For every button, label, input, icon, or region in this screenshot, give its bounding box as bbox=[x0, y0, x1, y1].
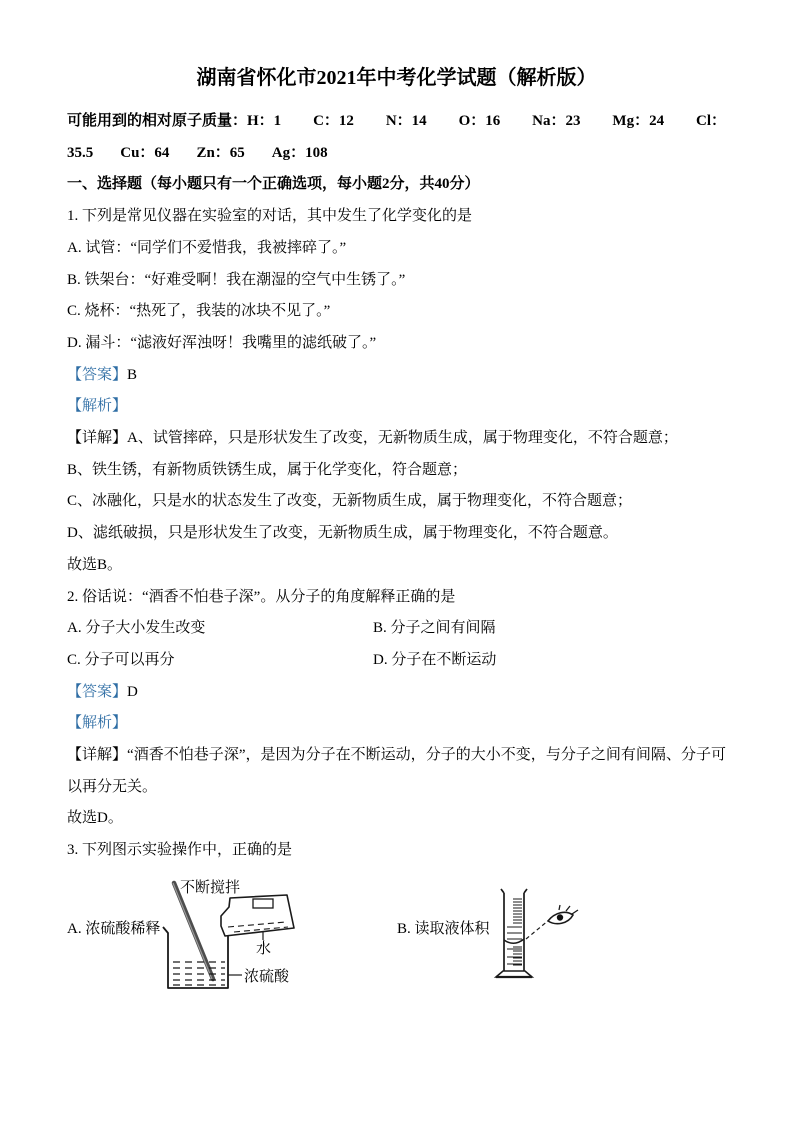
q1-detail-1: 【详解】A、试管摔碎，只是形状发生了改变，无新物质生成，属于物理变化，不符合题意… bbox=[67, 423, 726, 455]
q3-diagrams: A. 浓硫酸稀释 B. 读取液体积 bbox=[67, 869, 726, 1024]
q1-option-b: B. 铁架台：“好难受啊！我在潮湿的空气中生锈了。” bbox=[67, 265, 726, 297]
masses-segment: Cl： bbox=[696, 106, 726, 138]
analysis-label: 【解析】 bbox=[67, 715, 127, 731]
masses-segment: Ag：108 bbox=[272, 138, 328, 170]
sight-line bbox=[526, 920, 549, 939]
masses-segment: N：14 bbox=[386, 106, 427, 138]
acid-label: 浓硫酸 bbox=[244, 968, 290, 985]
q2-option-row-1: A. 分子大小发生改变 B. 分子之间有间隔 bbox=[67, 613, 726, 645]
answer-label: 【答案】 bbox=[67, 684, 127, 700]
q2-option-d: D. 分子在不断运动 bbox=[373, 645, 496, 677]
masses-segment: Zn：65 bbox=[196, 138, 244, 170]
cylinder-ticks bbox=[513, 899, 522, 965]
q2-option-c: C. 分子可以再分 bbox=[67, 645, 373, 677]
document-content: 湖南省怀化市2021年中考化学试题（解析版） 可能用到的相对原子质量：H：1 C… bbox=[0, 0, 793, 1024]
experiment-diagrams-svg: 不断搅拌 水 浓硫酸 bbox=[67, 869, 726, 1024]
atomic-masses-line1: 可能用到的相对原子质量：H：1 C：12 N：14 O：16 Na：23 Mg：… bbox=[67, 106, 726, 138]
bottle-cap bbox=[253, 899, 273, 908]
glass-rod-icon bbox=[174, 883, 213, 979]
q2-option-row-2: C. 分子可以再分 D. 分子在不断运动 bbox=[67, 645, 726, 677]
stir-label: 不断搅拌 bbox=[180, 879, 240, 896]
document-page: 湖南省怀化市2021年中考化学试题（解析版） 可能用到的相对原子质量：H：1 C… bbox=[0, 0, 793, 1122]
section-heading: 一、选择题（每小题只有一个正确选项，每小题2分，共40分） bbox=[67, 169, 726, 201]
q2-option-a: A. 分子大小发生改变 bbox=[67, 613, 373, 645]
q1-detail-4: D、滤纸破损，只是形状发生了改变，无新物质生成，属于物理变化，不符合题意。 bbox=[67, 518, 726, 550]
masses-segment: 35.5 bbox=[67, 138, 93, 170]
q3-stem: 3. 下列图示实验操作中，正确的是 bbox=[67, 835, 726, 867]
analysis-label: 【解析】 bbox=[67, 398, 127, 414]
q1-detail-2: B、铁生锈，有新物质铁锈生成，属于化学变化，符合题意； bbox=[67, 455, 726, 487]
page-title: 湖南省怀化市2021年中考化学试题（解析版） bbox=[67, 64, 726, 92]
masses-segment: Na：23 bbox=[532, 106, 580, 138]
q2-stem: 2. 俗话说：“酒香不怕巷子深”。从分子的角度解释正确的是 bbox=[67, 582, 726, 614]
eye-icon bbox=[548, 905, 578, 924]
q1-detail-3: C、冰融化，只是水的状态发生了改变，无新物质生成，属于物理变化，不符合题意； bbox=[67, 486, 726, 518]
q2-answer-value: D bbox=[127, 684, 138, 700]
acid-liquid bbox=[173, 962, 225, 985]
masses-segment: Cu：64 bbox=[120, 138, 169, 170]
dilution-diagram: 不断搅拌 水 浓硫酸 bbox=[163, 879, 294, 988]
masses-segment: O：16 bbox=[459, 106, 501, 138]
q1-answer-line: 【答案】B bbox=[67, 360, 726, 392]
q2-answer-line: 【答案】D bbox=[67, 677, 726, 709]
liquid-meniscus bbox=[504, 939, 524, 943]
q2-analysis-line: 【解析】 bbox=[67, 708, 726, 740]
q1-stem: 1. 下列是常见仪器在实验室的对话，其中发生了化学变化的是 bbox=[67, 201, 726, 233]
masses-segment: Mg：24 bbox=[612, 106, 664, 138]
q1-option-a: A. 试管：“同学们不爱惜我，我被摔碎了。” bbox=[67, 233, 726, 265]
q1-analysis-line: 【解析】 bbox=[67, 391, 726, 423]
q2-conclusion: 故选D。 bbox=[67, 803, 726, 835]
graduated-cylinder-icon bbox=[501, 889, 527, 971]
q1-conclusion: 故选B。 bbox=[67, 550, 726, 582]
q1-option-d: D. 漏斗：“滤液好浑浊呀！我嘴里的滤纸破了。” bbox=[67, 328, 726, 360]
masses-segment: C：12 bbox=[313, 106, 354, 138]
masses-segment: 可能用到的相对原子质量：H：1 bbox=[67, 106, 281, 138]
q1-option-c: C. 烧杯：“热死了，我装的冰块不见了。” bbox=[67, 296, 726, 328]
q2-detail: 【详解】“酒香不怕巷子深”，是因为分子在不断运动，分子的大小不变，与分子之间有间… bbox=[67, 740, 726, 803]
volume-reading-diagram bbox=[496, 889, 578, 977]
atomic-masses-line2: 35.5 Cu：64 Zn：65 Ag：108 bbox=[67, 138, 726, 170]
q1-answer-value: B bbox=[127, 367, 137, 383]
answer-label: 【答案】 bbox=[67, 367, 127, 383]
q2-option-b: B. 分子之间有间隔 bbox=[373, 613, 496, 645]
water-label: 水 bbox=[256, 940, 271, 957]
cylinder-major-ticks bbox=[507, 927, 522, 964]
